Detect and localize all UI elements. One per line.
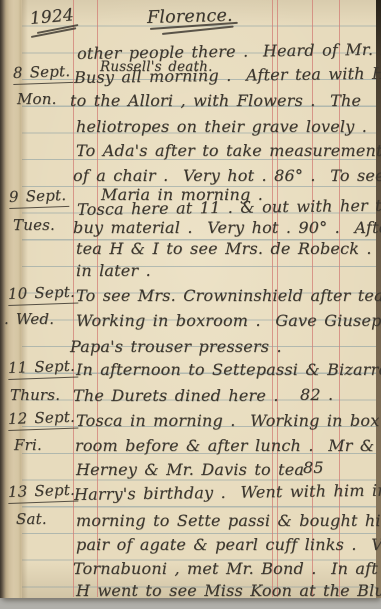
diary-line: Working in boxroom . Gave Giuseppe (76, 311, 381, 330)
diary-line: Papa's trouser pressers . (70, 337, 282, 356)
entry-date: 10 Sept. (8, 283, 79, 306)
ledger-value: 82 . (300, 385, 333, 404)
entry-day: Tues. (13, 216, 55, 235)
entry-day: Fri. (14, 436, 42, 455)
diary-line: In afternoon to Settepassi & Bizarro . (76, 360, 381, 379)
diary-line: to the Allori , with Flowers . The (70, 91, 361, 110)
diary-line: Tornabuoni , met Mr. Bond . In aft (73, 559, 378, 578)
entry-date: 9 Sept. (9, 186, 70, 209)
entry-date: 11 Sept. (8, 357, 79, 380)
diary-photo: 1924 Florence. other people there . Hear… (0, 0, 381, 609)
entry-day: . Wed. (4, 310, 54, 329)
entry-date: 13 Sept. (8, 481, 79, 504)
diary-line: in later . (76, 261, 151, 280)
entry-day: Thurs. (10, 386, 60, 405)
entry-day: Mon. (17, 90, 57, 109)
diary-line: morning to Sette passi & bought him (76, 511, 381, 530)
diary-line: pair of agate & pearl cuff links . Via (76, 535, 381, 554)
diary-line: Herney & Mr. Davis to tea (76, 460, 304, 479)
diary-line: room before & after lunch . Mr & Mrs (75, 436, 381, 455)
entry-day: Sat. (16, 510, 47, 529)
diary-line: To Ada's after to take measurements (76, 141, 381, 160)
diary-line: H went to see Miss Koon at the Blue (76, 581, 381, 600)
entry-date: 8 Sept. (13, 62, 74, 85)
diary-line: Tosca in morning . Working in box (76, 411, 379, 430)
diary-line: buy material . Very hot . 90° . After (73, 218, 381, 237)
diary-line: of a chair . Very hot . 86° . To see (73, 166, 381, 185)
entry-date: 12 Sept. (8, 408, 79, 431)
diary-line: heliotropes on their grave lovely . (76, 117, 367, 136)
diary-line: The Durets dined here . (73, 386, 279, 405)
ledger-value: 85 (303, 458, 324, 477)
diary-line: tea H & I to see Mrs. de Robeck . Vesta (76, 239, 381, 258)
diary-line: To see Mrs. Crowninshield after tea . (76, 286, 381, 305)
